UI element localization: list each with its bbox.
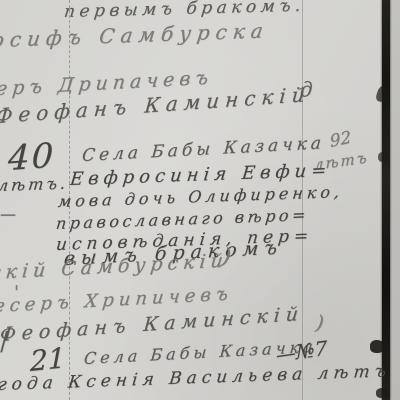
document-scan-page: первымъ бракомъ. осифъ Самбурска еръ Дри… — [0, 0, 400, 400]
binding-edge — [382, 0, 390, 400]
margin-number-92: 92 — [329, 130, 352, 151]
handwritten-line-samburskiy-2: скій Самбурскій — [0, 251, 229, 283]
ink-blob — [370, 340, 385, 353]
left-margin-dash: — — [0, 206, 16, 222]
ink-blob — [378, 152, 389, 162]
age-number-40: 40 — [7, 139, 55, 176]
flourish-mark-2: ) — [315, 312, 326, 333]
age-number-21: 21 — [30, 344, 65, 376]
margin-number-7: —№7 — [276, 338, 328, 365]
ink-blob — [376, 388, 389, 398]
page-outer-margin — [390, 0, 400, 400]
handwritten-line-samburska: осифъ Самбурска — [0, 20, 270, 50]
